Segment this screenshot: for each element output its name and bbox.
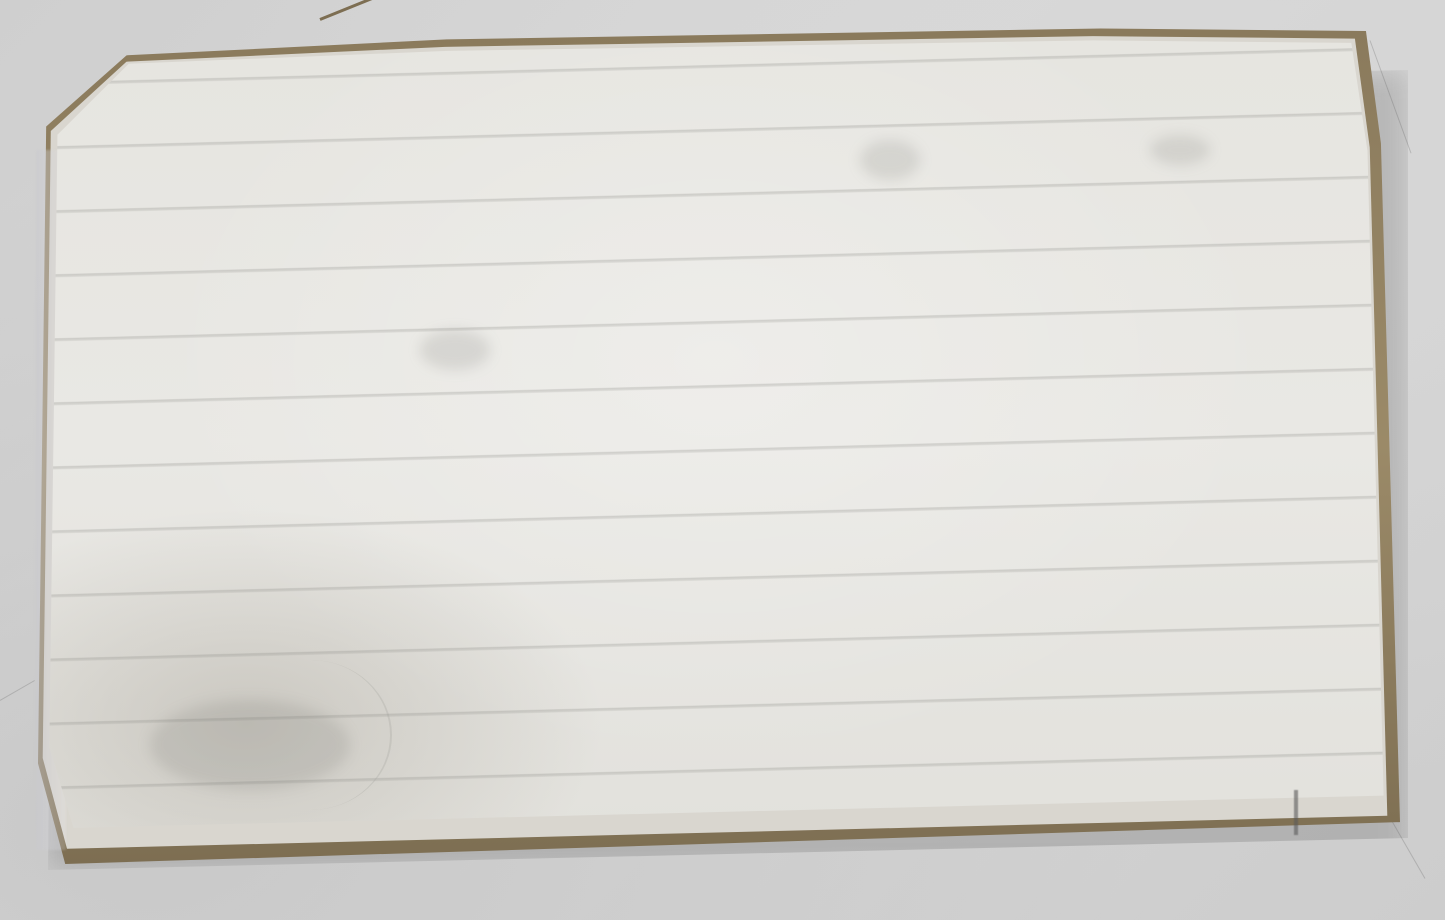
paper-crease <box>230 660 392 810</box>
marker-mark <box>1294 790 1298 835</box>
dirt-smudge <box>1150 135 1210 165</box>
dirt-smudge <box>420 330 490 370</box>
torn-corner-flap <box>319 0 394 21</box>
photo-scene <box>0 0 1445 920</box>
dirt-smudge <box>860 140 920 180</box>
floor-crack <box>0 680 35 701</box>
